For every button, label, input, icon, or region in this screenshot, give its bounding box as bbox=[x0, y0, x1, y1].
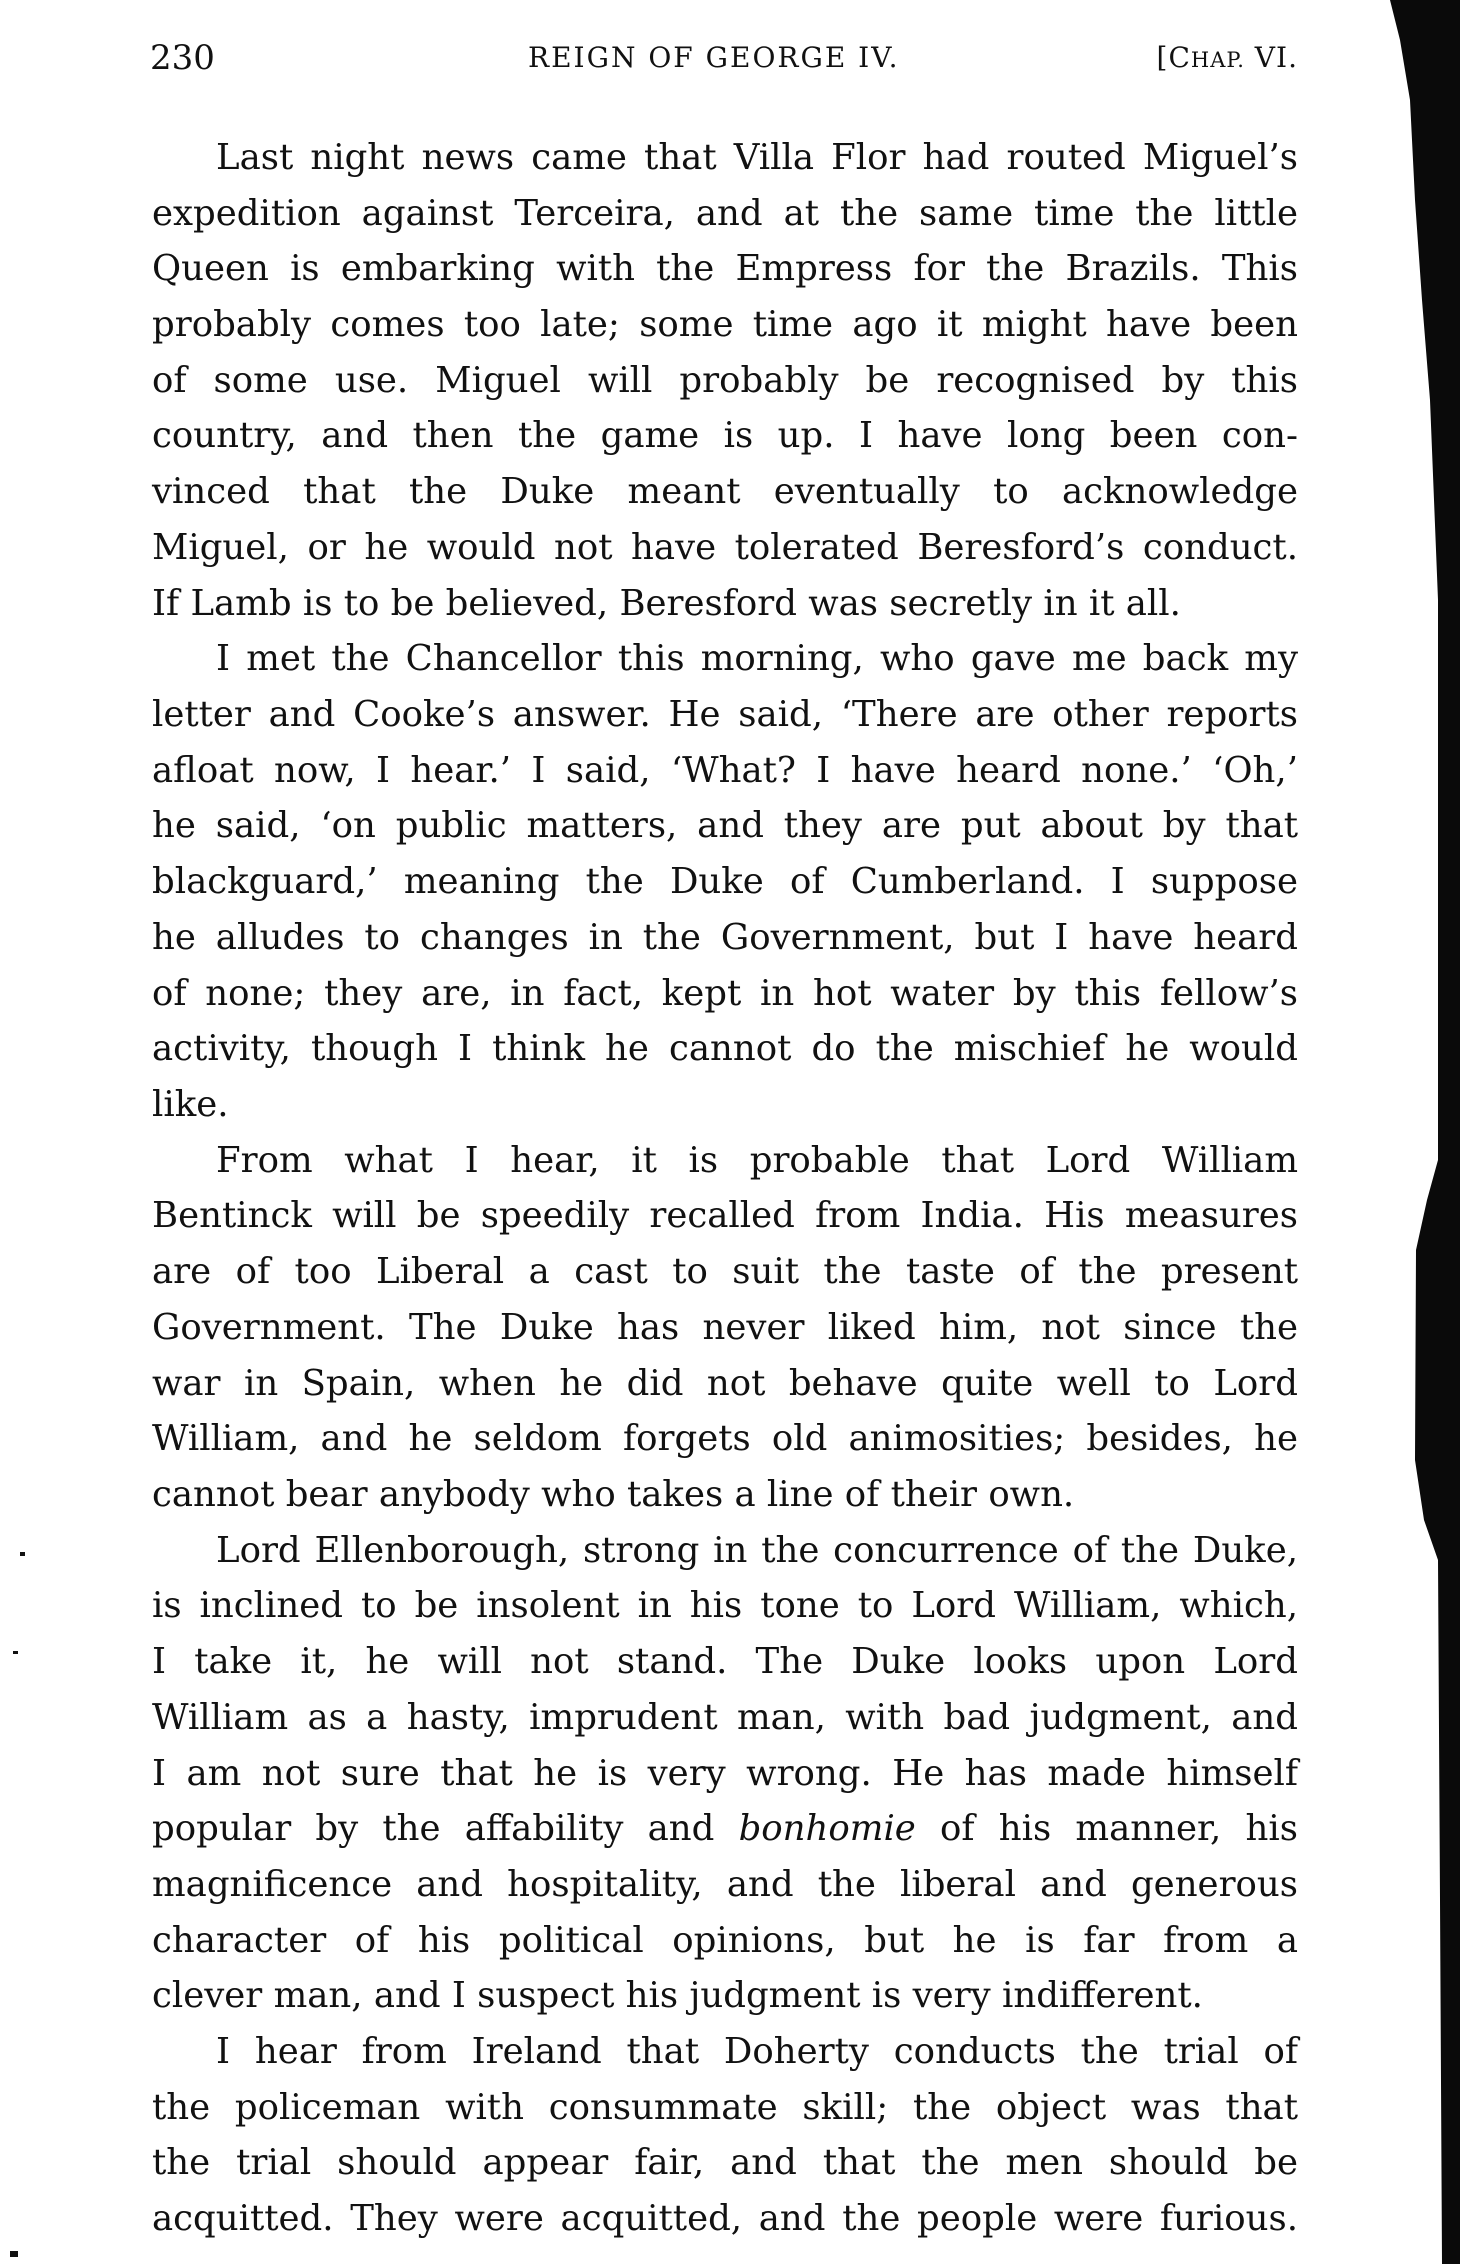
paragraph-1-line-2: expedition against Terceira, and at the … bbox=[152, 186, 1298, 242]
paragraph-2-line-7: of none; they are, in fact, kept in hot … bbox=[152, 966, 1298, 1022]
italic-bonhomie: bonhomie bbox=[739, 1808, 916, 1849]
paragraph-3-line-3: are of too Liberal a cast to suit the ta… bbox=[152, 1244, 1298, 1300]
paragraph-1-line-3: Queen is embarking with the Empress for … bbox=[152, 241, 1298, 297]
paragraph-3-line-6: William, and he seldom forgets old animo… bbox=[152, 1411, 1298, 1467]
line-text-after-italic: of his manner, his bbox=[940, 1808, 1298, 1849]
chapter-number: VI. bbox=[1245, 41, 1298, 74]
paragraph-4-line-5: I am not sure that he is very wrong. He … bbox=[152, 1746, 1298, 1802]
paragraph-5-line-2: the policeman with consummate skill; the… bbox=[152, 2080, 1298, 2136]
chapter-bracket: [ bbox=[1157, 41, 1169, 74]
scan-speck bbox=[10, 2251, 18, 2257]
paragraph-2-line-4: he said, ‘on public matters, and they ar… bbox=[152, 798, 1298, 854]
paragraph-3-line-4: Government. The Duke has never liked him… bbox=[152, 1300, 1298, 1356]
running-head: 230 REIGN OF GEORGE IV. [CHAP. VI. bbox=[150, 36, 1298, 80]
paragraph-4-line-2: is inclined to be insolent in his tone t… bbox=[152, 1578, 1298, 1634]
paragraph-4-line-8: character of his political opinions, but… bbox=[152, 1913, 1298, 1969]
paragraph-2-line-6: he alludes to changes in the Government,… bbox=[152, 910, 1298, 966]
scan-binding-edge bbox=[1320, 0, 1470, 2264]
paragraph-3-line-5: war in Spain, when he did not behave qui… bbox=[152, 1356, 1298, 1412]
chapter-label: [CHAP. VI. bbox=[1157, 36, 1299, 82]
paragraph-2-line-9: like. bbox=[152, 1077, 1298, 1133]
paragraph-5-line-3: the trial should appear fair, and that t… bbox=[152, 2135, 1298, 2191]
paragraph-1-line-6: country, and then the game is up. I have… bbox=[152, 408, 1298, 464]
paragraph-1-line-5: of some use. Miguel will probably be rec… bbox=[152, 353, 1298, 409]
paragraph-1-line-8: Miguel, or he would not have tolerated B… bbox=[152, 520, 1298, 576]
paragraph-4-line-7: magnificence and hospitality, and the li… bbox=[152, 1857, 1298, 1913]
scan-speck bbox=[13, 1651, 18, 1654]
chapter-smallcaps: HAP. bbox=[1191, 48, 1245, 72]
paragraph-2-line-3: afloat now, I hear.’ I said, ‘What? I ha… bbox=[152, 743, 1298, 799]
paragraph-3-line-7: cannot bear anybody who takes a line of … bbox=[152, 1467, 1298, 1523]
paragraph-4-line-4: William as a hasty, imprudent man, with … bbox=[152, 1690, 1298, 1746]
paragraph-2-line-1: I met the Chancellor this morning, who g… bbox=[152, 631, 1298, 687]
running-title: REIGN OF GEORGE IV. bbox=[528, 36, 899, 80]
paragraph-2-line-2: letter and Cooke’s answer. He said, ‘The… bbox=[152, 687, 1298, 743]
paragraph-5-line-1: I hear from Ireland that Doherty conduct… bbox=[152, 2024, 1298, 2080]
paragraph-5-line-4: acquitted. They were acquitted, and the … bbox=[152, 2191, 1298, 2247]
line-text: popular by the affability and bbox=[152, 1808, 714, 1849]
paragraph-1-line-7: vinced that the Duke meant eventually to… bbox=[152, 464, 1298, 520]
paragraph-4-line-9: clever man, and I suspect his judgment i… bbox=[152, 1968, 1298, 2024]
paragraph-2-line-5: blackguard,’ meaning the Duke of Cumberl… bbox=[152, 854, 1298, 910]
paragraph-4-line-1: Lord Ellenborough, strong in the concurr… bbox=[152, 1523, 1298, 1579]
paragraph-1-line-1: Last night news came that Villa Flor had… bbox=[152, 130, 1298, 186]
paragraph-2-line-8: activity, though I think he cannot do th… bbox=[152, 1021, 1298, 1077]
paragraph-3-line-2: Bentinck will be speedily recalled from … bbox=[152, 1188, 1298, 1244]
paragraph-3-line-1: From what I hear, it is probable that Lo… bbox=[152, 1133, 1298, 1189]
paragraph-1-line-4: probably comes too late; some time ago i… bbox=[152, 297, 1298, 353]
paragraph-4-line-3: I take it, he will not stand. The Duke l… bbox=[152, 1634, 1298, 1690]
page-number: 230 bbox=[150, 36, 215, 80]
paragraph-4-line-6: popular by the affability and bonhomie o… bbox=[152, 1801, 1298, 1857]
book-page: 230 REIGN OF GEORGE IV. [CHAP. VI. Last … bbox=[0, 0, 1470, 2264]
paragraph-1-line-9: If Lamb is to be believed, Beresford was… bbox=[152, 576, 1298, 632]
chapter-prefix: C bbox=[1168, 41, 1190, 74]
scan-speck bbox=[20, 1552, 25, 1556]
